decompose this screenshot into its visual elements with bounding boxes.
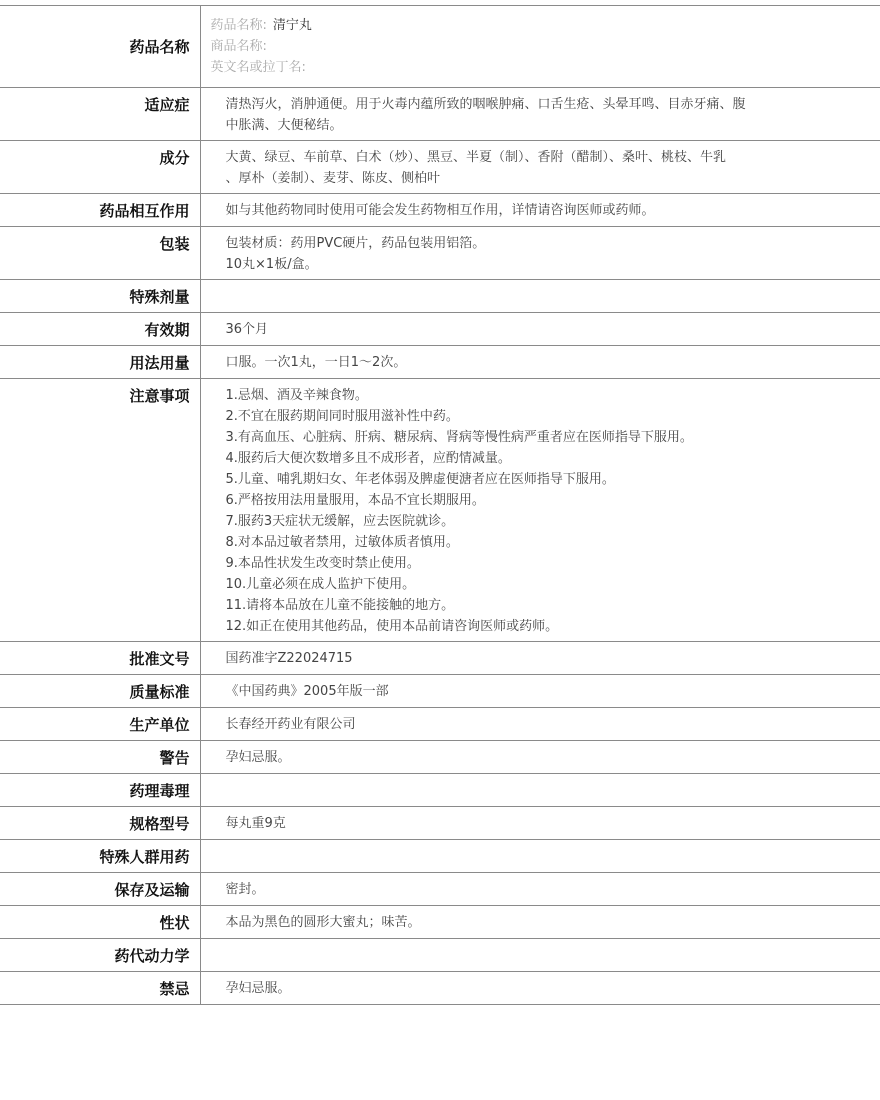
row-label: 药代动力学 [0, 939, 200, 972]
row-value [200, 280, 880, 313]
value-line: 《中国药典》2005年版一部 [226, 681, 801, 702]
row-value: 口服。一次1丸，一日1～2次。 [200, 346, 880, 379]
row-label: 适应症 [0, 88, 200, 141]
value-line: 清热泻火，消肿通便。用于火毒内蕴所致的咽喉肿痛、口舌生疮、头晕耳鸣、目赤牙痛、腹 [226, 94, 801, 115]
row-value: 36个月 [200, 313, 880, 346]
table-row: 用法用量口服。一次1丸，一日1～2次。 [0, 346, 880, 379]
field-key: 商品名称: [211, 39, 267, 54]
note-item: 1.忌烟、酒及辛辣食物。 [226, 385, 801, 406]
table-row: 生产单位长春经开药业有限公司 [0, 708, 880, 741]
row-label: 药品相互作用 [0, 194, 200, 227]
field-key: 英文名或拉丁名: [211, 60, 306, 75]
note-item: 8.对本品过敏者禁用，过敏体质者慎用。 [226, 532, 801, 553]
note-item: 10.儿童必须在成人监护下使用。 [226, 574, 801, 595]
value-line: 孕妇忌服。 [226, 978, 801, 999]
row-value: 国药准字Z22024715 [200, 642, 880, 675]
field-key: 药品名称: [211, 18, 267, 33]
value-line: 密封。 [226, 879, 801, 900]
note-item: 9.本品性状发生改变时禁止使用。 [226, 553, 801, 574]
value-line: 长春经开药业有限公司 [226, 714, 801, 735]
table-row: 警告孕妇忌服。 [0, 741, 880, 774]
value-line: 中胀满、大便秘结。 [226, 115, 801, 136]
value-line: 口服。一次1丸，一日1～2次。 [226, 352, 801, 373]
table-row: 质量标准《中国药典》2005年版一部 [0, 675, 880, 708]
table-row: 规格型号每丸重9克 [0, 807, 880, 840]
row-label: 警告 [0, 741, 200, 774]
row-value: 清热泻火，消肿通便。用于火毒内蕴所致的咽喉肿痛、口舌生疮、头晕耳鸣、目赤牙痛、腹… [200, 88, 880, 141]
row-value [200, 939, 880, 972]
row-value: 包装材质：药用PVC硬片，药品包装用铝箔。10丸×1板/盒。 [200, 227, 880, 280]
row-label: 性状 [0, 906, 200, 939]
note-item: 5.儿童、哺乳期妇女、年老体弱及脾虚便溏者应在医师指导下服用。 [226, 469, 801, 490]
table-row: 药品相互作用如与其他药物同时使用可能会发生药物相互作用，详情请咨询医师或药师。 [0, 194, 880, 227]
table-row: 适应症清热泻火，消肿通便。用于火毒内蕴所致的咽喉肿痛、口舌生疮、头晕耳鸣、目赤牙… [0, 88, 880, 141]
value-line: 国药准字Z22024715 [226, 648, 801, 669]
note-item: 6.严格按用法用量服用，本品不宜长期服用。 [226, 490, 801, 511]
row-value: 孕妇忌服。 [200, 741, 880, 774]
table-row: 特殊剂量 [0, 280, 880, 313]
table-row: 药代动力学 [0, 939, 880, 972]
row-label: 特殊剂量 [0, 280, 200, 313]
value-line: 本品为黑色的圆形大蜜丸；味苦。 [226, 912, 801, 933]
row-label: 注意事项 [0, 379, 200, 642]
note-item: 3.有高血压、心脏病、肝病、糖尿病、肾病等慢性病严重者应在医师指导下服用。 [226, 427, 801, 448]
note-item: 2.不宜在服药期间同时服用滋补性中药。 [226, 406, 801, 427]
row-label: 包装 [0, 227, 200, 280]
table-row: 禁忌孕妇忌服。 [0, 972, 880, 1005]
value-line: 大黄、绿豆、车前草、白术（炒）、黑豆、半夏（制）、香附（醋制）、桑叶、桃枝、牛乳 [226, 147, 801, 168]
field-trade-name: 商品名称: [211, 36, 871, 57]
table-row: 注意事项1.忌烟、酒及辛辣食物。2.不宜在服药期间同时服用滋补性中药。3.有高血… [0, 379, 880, 642]
value-line: 36个月 [226, 319, 801, 340]
table-row: 有效期36个月 [0, 313, 880, 346]
row-value: 1.忌烟、酒及辛辣食物。2.不宜在服药期间同时服用滋补性中药。3.有高血压、心脏… [200, 379, 880, 642]
row-value: 每丸重9克 [200, 807, 880, 840]
table-row: 保存及运输密封。 [0, 873, 880, 906]
row-label: 用法用量 [0, 346, 200, 379]
row-label: 有效期 [0, 313, 200, 346]
row-label: 保存及运输 [0, 873, 200, 906]
table-row: 特殊人群用药 [0, 840, 880, 873]
row-value: 孕妇忌服。 [200, 972, 880, 1005]
table-row: 成分大黄、绿豆、车前草、白术（炒）、黑豆、半夏（制）、香附（醋制）、桑叶、桃枝、… [0, 141, 880, 194]
row-label: 质量标准 [0, 675, 200, 708]
row-value: 长春经开药业有限公司 [200, 708, 880, 741]
value-line: 孕妇忌服。 [226, 747, 801, 768]
row-label: 规格型号 [0, 807, 200, 840]
spec-table-body: 药品名称 药品名称:清宁丸 商品名称: 英文名或拉丁名: 适应症清热泻火，消肿通… [0, 6, 880, 1005]
table-row: 性状本品为黑色的圆形大蜜丸；味苦。 [0, 906, 880, 939]
row-label: 药理毒理 [0, 774, 200, 807]
drug-name-fields: 药品名称:清宁丸 商品名称: 英文名或拉丁名: [200, 6, 880, 88]
note-item: 11.请将本品放在儿童不能接触的地方。 [226, 595, 801, 616]
note-item: 12.如正在使用其他药品，使用本品前请咨询医师或药师。 [226, 616, 801, 637]
drug-spec-table: 药品名称 药品名称:清宁丸 商品名称: 英文名或拉丁名: 适应症清热泻火，消肿通… [0, 5, 880, 1005]
row-label: 药品名称 [0, 6, 200, 88]
value-line: 10丸×1板/盒。 [226, 254, 801, 275]
row-label: 禁忌 [0, 972, 200, 1005]
row-value: 《中国药典》2005年版一部 [200, 675, 880, 708]
field-value: 清宁丸 [273, 18, 312, 33]
row-value: 密封。 [200, 873, 880, 906]
table-row: 包装包装材质：药用PVC硬片，药品包装用铝箔。10丸×1板/盒。 [0, 227, 880, 280]
row-label: 成分 [0, 141, 200, 194]
row-value [200, 840, 880, 873]
note-item: 4.服药后大便次数增多且不成形者，应酌情减量。 [226, 448, 801, 469]
row-value [200, 774, 880, 807]
value-line: 每丸重9克 [226, 813, 801, 834]
row-label: 特殊人群用药 [0, 840, 200, 873]
field-generic-name: 药品名称:清宁丸 [211, 15, 871, 36]
row-label: 生产单位 [0, 708, 200, 741]
note-item: 7.服药3天症状无缓解，应去医院就诊。 [226, 511, 801, 532]
table-row: 药理毒理 [0, 774, 880, 807]
row-value: 如与其他药物同时使用可能会发生药物相互作用，详情请咨询医师或药师。 [200, 194, 880, 227]
row-drug-name: 药品名称 药品名称:清宁丸 商品名称: 英文名或拉丁名: [0, 6, 880, 88]
value-line: 如与其他药物同时使用可能会发生药物相互作用，详情请咨询医师或药师。 [226, 200, 801, 221]
value-line: 包装材质：药用PVC硬片，药品包装用铝箔。 [226, 233, 801, 254]
table-row: 批准文号国药准字Z22024715 [0, 642, 880, 675]
field-latin-name: 英文名或拉丁名: [211, 57, 871, 78]
row-value: 本品为黑色的圆形大蜜丸；味苦。 [200, 906, 880, 939]
row-value: 大黄、绿豆、车前草、白术（炒）、黑豆、半夏（制）、香附（醋制）、桑叶、桃枝、牛乳… [200, 141, 880, 194]
row-label: 批准文号 [0, 642, 200, 675]
value-line: 、厚朴（姜制）、麦芽、陈皮、侧柏叶 [226, 168, 801, 189]
